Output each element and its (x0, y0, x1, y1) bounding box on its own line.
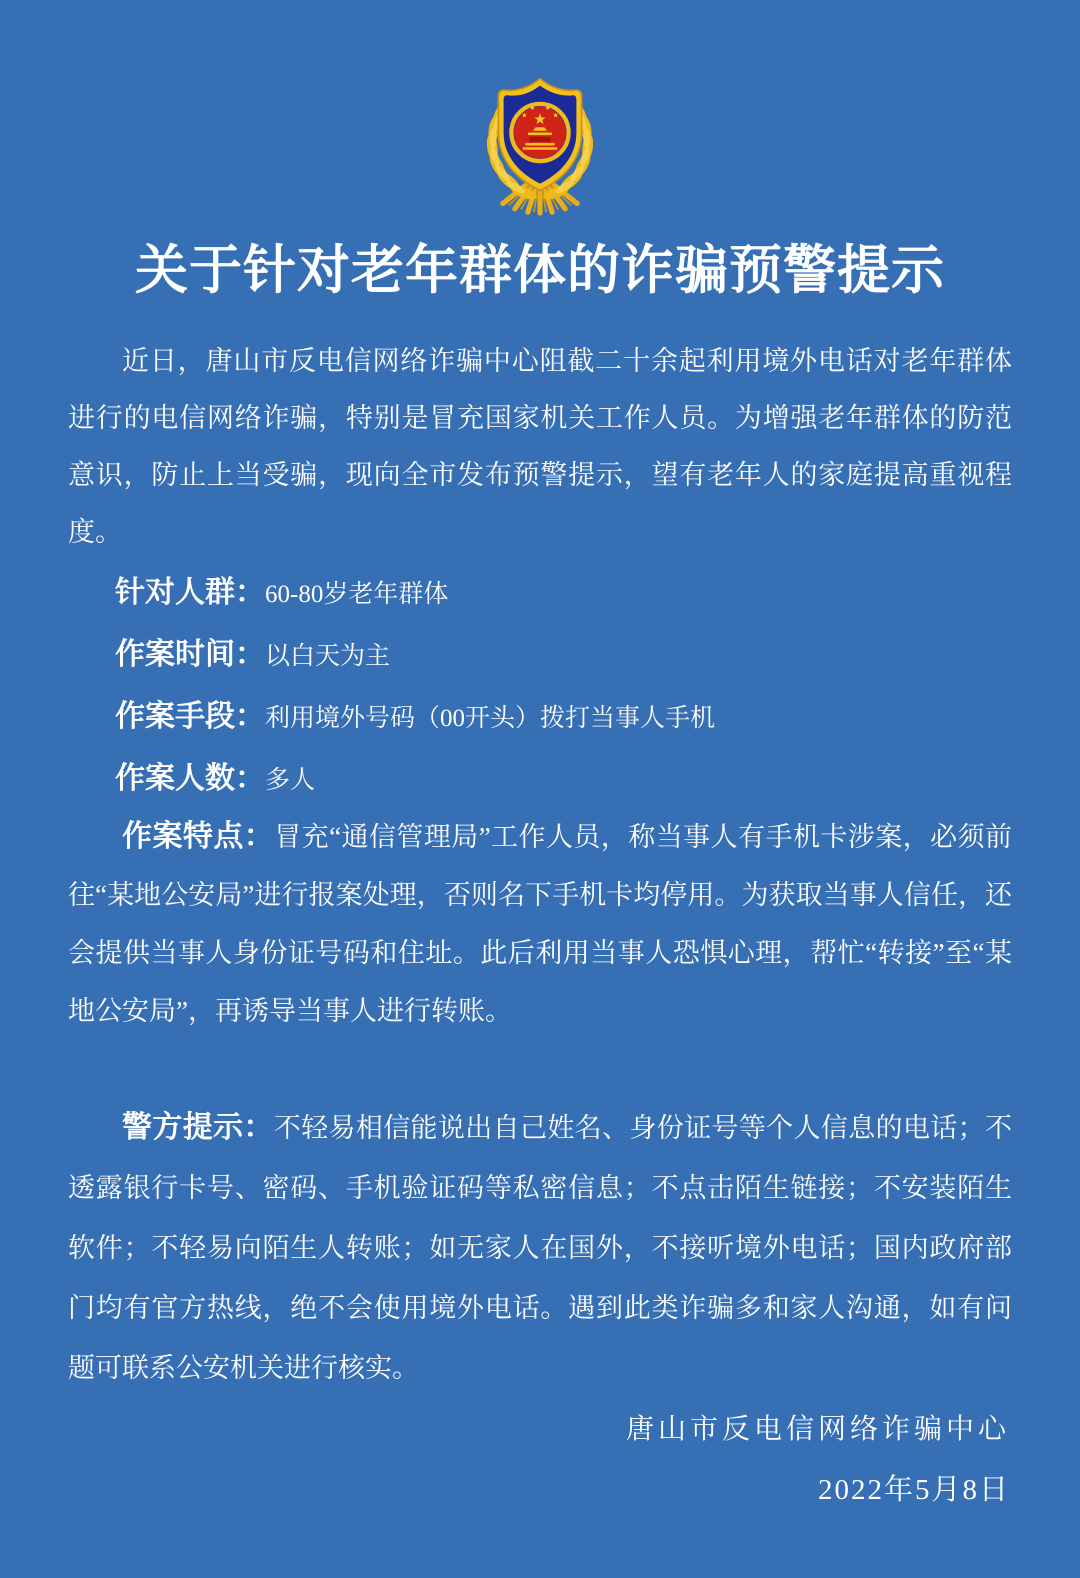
target-group-row: 针对人群：60-80岁老年群体 (68, 562, 1012, 624)
signature-organization: 唐山市反电信网络诈骗中心 (626, 1408, 1010, 1452)
intro-paragraph: 近日，唐山市反电信网络诈骗中心阻截二十余起利用境外电话对老年群体进行的电信网络诈… (68, 333, 1012, 561)
target-group-label: 针对人群： (115, 576, 265, 609)
svg-text:★: ★ (552, 112, 558, 120)
case-info-list: 针对人群：60-80岁老年群体 作案时间：以白天为主 作案手段：利用境外号码（0… (68, 562, 1012, 810)
crime-time-label: 作案时间： (115, 638, 265, 671)
fraud-warning-notice: ★ ★ ★ ★ ★ 关于针对老年群体的诈骗预警提示 近日，唐山市反电信网络诈骗中… (0, 0, 1080, 1578)
notice-title: 关于针对老年群体的诈骗预警提示 (0, 228, 1080, 304)
svg-text:★: ★ (533, 111, 546, 128)
target-group-value: 60-80岁老年群体 (265, 581, 448, 608)
police-tips-label: 警方提示： (122, 1111, 274, 1144)
police-tips-text: 不轻易相信能说出自己姓名、身份证号等个人信息的电话；不透露银行卡号、密码、手机验… (68, 1113, 1012, 1383)
svg-text:★: ★ (521, 112, 527, 120)
police-tips-paragraph: 警方提示：不轻易相信能说出自己姓名、身份证号等个人信息的电话；不透露银行卡号、密… (68, 1098, 1012, 1398)
police-badge-icon: ★ ★ ★ ★ ★ (475, 68, 605, 216)
svg-text:★: ★ (529, 104, 535, 112)
signature-date: 2022年5月8日 (818, 1468, 1010, 1512)
crime-method-value: 利用境外号码（00开头）拨打当事人手机 (265, 705, 715, 732)
svg-text:★: ★ (545, 104, 551, 112)
crime-time-row: 作案时间：以白天为主 (68, 624, 1012, 686)
crime-features-paragraph: 作案特点：冒充“通信管理局”工作人员，称当事人有手机卡涉案，必须前往“某地公安局… (68, 808, 1012, 1040)
crime-count-value: 多人 (265, 767, 315, 794)
crime-count-label: 作案人数： (115, 762, 265, 795)
crime-count-row: 作案人数：多人 (68, 748, 1012, 810)
crime-time-value: 以白天为主 (265, 643, 390, 670)
crime-method-row: 作案手段：利用境外号码（00开头）拨打当事人手机 (68, 686, 1012, 748)
police-badge-svg: ★ ★ ★ ★ ★ (475, 68, 605, 216)
crime-method-label: 作案手段： (115, 700, 265, 733)
crime-features-label: 作案特点： (122, 820, 274, 853)
